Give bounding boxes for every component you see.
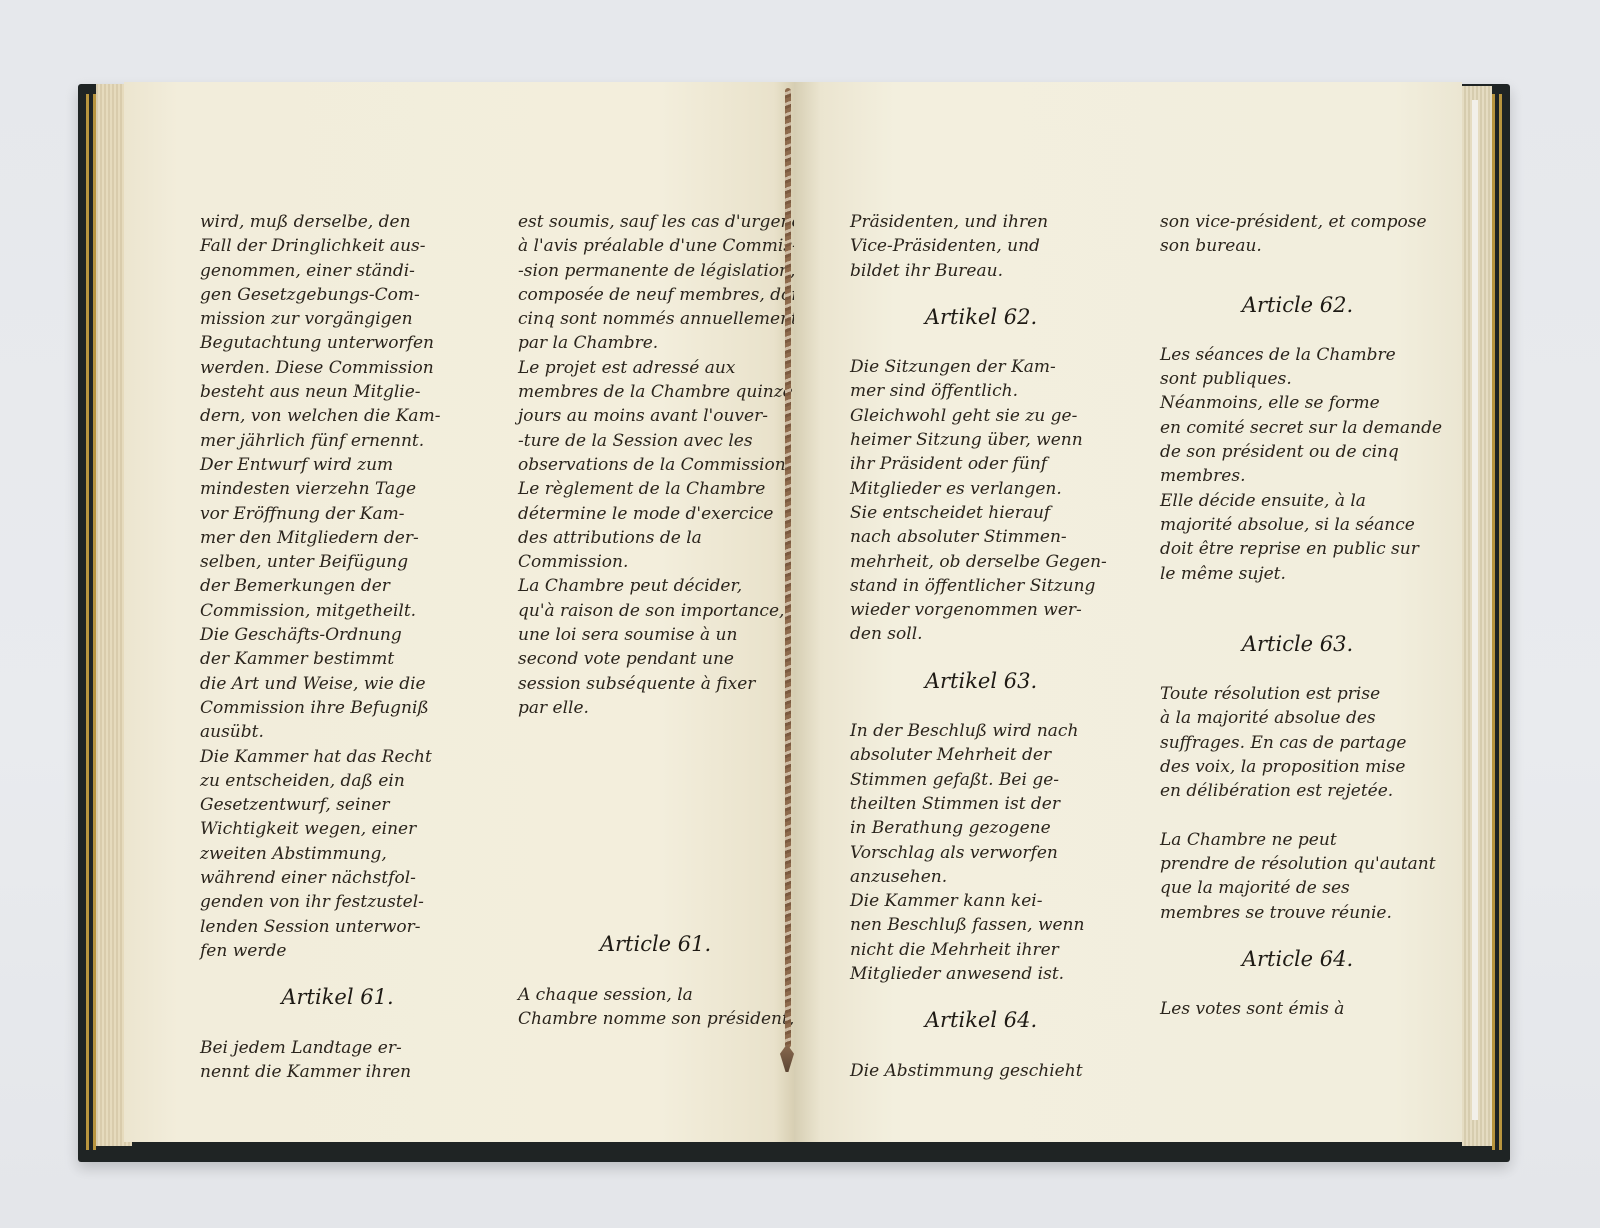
text-line: lenden Session unterwor- <box>200 915 475 939</box>
bookmark-ribbon <box>785 88 791 1048</box>
text-line: Les séances de la Chambre <box>1160 343 1435 367</box>
text-line: Mitglieder anwesend ist. <box>850 962 1112 986</box>
text-line: Le projet est adressé aux <box>518 356 793 380</box>
text-line: Wichtigkeit wegen, einer <box>200 817 475 841</box>
text-line: mer den Mitgliedern der- <box>200 526 475 550</box>
text-line: Gesetzentwurf, seiner <box>200 793 475 817</box>
text-line: die Art und Weise, wie die <box>200 672 475 696</box>
text-line: Die Kammer kann kei- <box>850 889 1112 913</box>
text-line: Präsidenten, und ihren <box>850 210 1112 234</box>
text-line: prendre de résolution qu'autant <box>1160 852 1435 876</box>
text-line: Toute résolution est prise <box>1160 682 1435 706</box>
gilt-border-line <box>86 94 89 1150</box>
article-heading: Article 64. <box>1160 947 1435 971</box>
text-line: le même sujet. <box>1160 562 1435 586</box>
text-line: Gleichwohl geht sie zu ge- <box>850 404 1112 428</box>
text-line: mindesten vierzehn Tage <box>200 477 475 501</box>
text-line: à la majorité absolue des <box>1160 706 1435 730</box>
text-line: session subséquente à fixer <box>518 672 793 696</box>
text-line: de son président ou de cinq <box>1160 440 1435 464</box>
text-line: doit être reprise en public sur <box>1160 537 1435 561</box>
text-line: Bei jedem Landtage er- <box>200 1036 475 1060</box>
text-line: Commission, mitgetheilt. <box>200 599 475 623</box>
text-line: wieder vorgenommen wer- <box>850 598 1112 622</box>
text-line: que la majorité de ses <box>1160 876 1435 900</box>
text-line: Stimmen gefaßt. Bei ge- <box>850 768 1112 792</box>
text-line: dern, von welchen die Kam- <box>200 404 475 428</box>
text-line: der Bemerkungen der <box>200 574 475 598</box>
text-line: zu entscheiden, daß ein <box>200 769 475 793</box>
text-line: In der Beschluß wird nach <box>850 719 1112 743</box>
right-french-column: son vice-président, et composeson bureau… <box>1160 210 1435 1021</box>
text-line: den soll. <box>850 622 1112 646</box>
article-heading: Article 61. <box>518 932 793 956</box>
text-line: Mitglieder es verlangen. <box>850 477 1112 501</box>
text-line: nen Beschluß fassen, wenn <box>850 913 1112 937</box>
text-line: genden von ihr festzustel- <box>200 890 475 914</box>
text-line: suffrages. En cas de partage <box>1160 731 1435 755</box>
text-line: Commission ihre Befugniß <box>200 696 475 720</box>
text-line: jours au moins avant l'ouver- <box>518 404 793 428</box>
text-line: La Chambre peut décider, <box>518 574 793 598</box>
text-line: A chaque session, la <box>518 983 793 1007</box>
text-line: wird, muß derselbe, den <box>200 210 475 234</box>
text-line: selben, unter Beifügung <box>200 550 475 574</box>
text-line: nicht die Mehrheit ihrer <box>850 938 1112 962</box>
text-line: mer jährlich fünf ernennt. <box>200 429 475 453</box>
text-line: fen werde <box>200 939 475 963</box>
text-line: majorité absolue, si la séance <box>1160 513 1435 537</box>
text-line: une loi sera soumise à un <box>518 623 793 647</box>
text-line: mer sind öffentlich. <box>850 379 1112 403</box>
text-line: second vote pendant une <box>518 647 793 671</box>
text-line: Chambre nomme son président, <box>518 1007 793 1031</box>
text-line: Sie entscheidet hierauf <box>850 501 1112 525</box>
left-page: wird, muß derselbe, denFall der Dringlic… <box>124 82 794 1142</box>
open-book: wird, muß derselbe, denFall der Dringlic… <box>78 82 1510 1164</box>
text-line: -sion permanente de législation, <box>518 259 793 283</box>
text-line: Die Sitzungen der Kam- <box>850 355 1112 379</box>
text-line: theilten Stimmen ist der <box>850 792 1112 816</box>
article-heading: Artikel 62. <box>850 305 1112 329</box>
text-line: par elle. <box>518 696 793 720</box>
text-line: besteht aus neun Mitglie- <box>200 380 475 404</box>
text-line: observations de la Commission. <box>518 453 793 477</box>
article-heading: Article 63. <box>1160 632 1435 656</box>
text-line: des voix, la proposition mise <box>1160 755 1435 779</box>
text-line: cinq sont nommés annuellement <box>518 307 793 331</box>
right-page: Präsidenten, und ihrenVice-Präsidenten, … <box>794 82 1462 1142</box>
text-line <box>1160 804 1435 828</box>
text-line: stand in öffentlicher Sitzung <box>850 574 1112 598</box>
text-line: nach absoluter Stimmen- <box>850 525 1112 549</box>
text-line: genommen, einer ständi- <box>200 259 475 283</box>
text-line: Néanmoins, elle se forme <box>1160 391 1435 415</box>
text-line: während einer nächstfol- <box>200 866 475 890</box>
article-heading: Artikel 64. <box>850 1008 1112 1032</box>
text-line: son bureau. <box>1160 234 1435 258</box>
text-line: à l'avis préalable d'une Commis- <box>518 234 793 258</box>
left-german-column: wird, muß derselbe, denFall der Dringlic… <box>200 210 475 1084</box>
text-line: zweiten Abstimmung, <box>200 842 475 866</box>
text-line: détermine le mode d'exercice <box>518 502 793 526</box>
text-line: Die Abstimmung geschieht <box>850 1059 1112 1083</box>
left-french-column: est soumis, sauf les cas d'urgence,à l'a… <box>518 210 793 1031</box>
text-line: en délibération est rejetée. <box>1160 779 1435 803</box>
text-line: par la Chambre. <box>518 331 793 355</box>
text-line: in Berathung gezogene <box>850 816 1112 840</box>
text-line: vor Eröffnung der Kam- <box>200 502 475 526</box>
article-heading: Artikel 61. <box>200 985 475 1009</box>
text-line: Commission. <box>518 550 793 574</box>
text-line: membres se trouve réunie. <box>1160 901 1435 925</box>
page-edges-right <box>1462 86 1492 1146</box>
text-line: Vice-Präsidenten, und <box>850 234 1112 258</box>
text-line: sont publiques. <box>1160 367 1435 391</box>
text-line: qu'à raison de son importance, <box>518 599 793 623</box>
text-line: Elle décide ensuite, à la <box>1160 489 1435 513</box>
text-line: heimer Sitzung über, wenn <box>850 428 1112 452</box>
text-line: mission zur vorgängigen <box>200 307 475 331</box>
gilt-border-line <box>1499 94 1502 1150</box>
text-line: son vice-président, et compose <box>1160 210 1435 234</box>
text-line: bildet ihr Bureau. <box>850 259 1112 283</box>
text-line: mehrheit, ob derselbe Gegen- <box>850 550 1112 574</box>
text-line: Der Entwurf wird zum <box>200 453 475 477</box>
article-heading: Article 62. <box>1160 293 1435 317</box>
text-line: La Chambre ne peut <box>1160 828 1435 852</box>
text-line: Le règlement de la Chambre <box>518 477 793 501</box>
text-line: absoluter Mehrheit der <box>850 743 1112 767</box>
text-line: membres de la Chambre quinze <box>518 380 793 404</box>
text-line: est soumis, sauf les cas d'urgence, <box>518 210 793 234</box>
text-line: werden. Diese Commission <box>200 356 475 380</box>
text-line: composée de neuf membres, dont <box>518 283 793 307</box>
article-heading: Artikel 63. <box>850 669 1112 693</box>
text-line: ausübt. <box>200 720 475 744</box>
text-line: anzusehen. <box>850 865 1112 889</box>
text-line: Vorschlag als verworfen <box>850 841 1112 865</box>
text-line: ihr Präsident oder fünf <box>850 452 1112 476</box>
text-line: gen Gesetzgebungs-Com- <box>200 283 475 307</box>
text-line: Fall der Dringlichkeit aus- <box>200 234 475 258</box>
text-line: membres. <box>1160 464 1435 488</box>
text-line: Die Geschäfts-Ordnung <box>200 623 475 647</box>
text-line: en comité secret sur la demande <box>1160 416 1435 440</box>
text-line: nennt die Kammer ihren <box>200 1060 475 1084</box>
text-line: Begutachtung unterworfen <box>200 331 475 355</box>
text-line: der Kammer bestimmt <box>200 647 475 671</box>
text-line: -ture de la Session avec les <box>518 429 793 453</box>
text-line: des attributions de la <box>518 526 793 550</box>
gilt-border-line <box>1492 94 1495 1150</box>
text-line: Die Kammer hat das Recht <box>200 745 475 769</box>
right-german-column: Präsidenten, und ihrenVice-Präsidenten, … <box>850 210 1112 1083</box>
text-line: Les votes sont émis à <box>1160 997 1435 1021</box>
